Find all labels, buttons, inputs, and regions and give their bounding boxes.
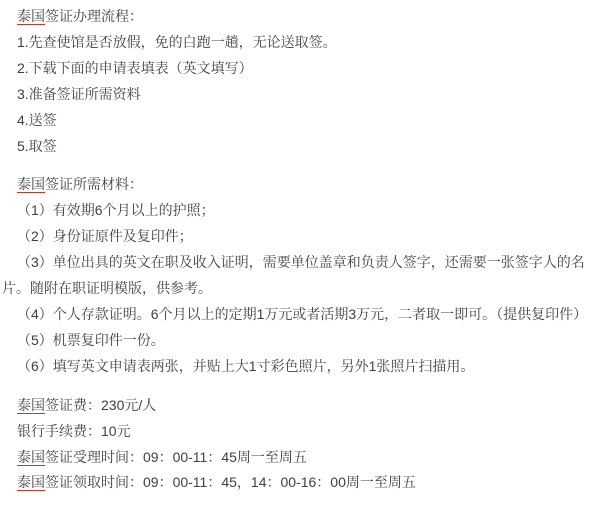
material-item: （4）个人存款证明。6个月以上的定期1万元或者活期3万元，二者取一即可。（提供复… [2,302,596,328]
fee-line-text: 银行手续费：10元 [17,423,131,439]
underlined-word: 泰国 [17,449,45,466]
process-step: 5.取签 [2,134,596,160]
underlined-word: 泰国 [17,397,45,414]
process-title-text: 签证办理流程： [45,8,143,24]
section-materials: 泰国签证所需材料： （1）有效期6个月以上的护照； （2）身份证原件及复印件； … [2,172,596,379]
section-fees: 泰国签证费：230元/人 银行手续费：10元 泰国签证受理时间：09：00-11… [2,393,596,497]
material-item: （5）机票复印件一份。 [2,328,596,354]
process-step: 3.准备签证所需资料 [2,82,596,108]
visa-info-document: 泰国签证办理流程： 1.先查使馆是否放假，免的白跑一趟，无论送取签。 2.下载下… [0,0,600,506]
fee-line-pickup-hours: 泰国签证领取时间：09：00-11：45，14：00-16：00周一至周五 [2,470,596,496]
process-step: 4.送签 [2,108,596,134]
fee-line-text: 签证受理时间：09：00-11：45周一至周五 [45,449,307,465]
underlined-word: 泰国 [17,8,45,25]
fee-line-accept-hours: 泰国签证受理时间：09：00-11：45周一至周五 [2,445,596,471]
material-item: （2）身份证原件及复印件； [2,224,596,250]
fee-line-text: 签证费：230元/人 [45,397,156,413]
materials-title-text: 签证所需材料： [45,176,143,192]
process-step: 2.下载下面的申请表填表（英文填写） [2,56,596,82]
process-title: 泰国签证办理流程： [2,4,596,30]
process-step: 1.先查使馆是否放假，免的白跑一趟，无论送取签。 [2,30,596,56]
material-item: （1）有效期6个月以上的护照； [2,198,596,224]
fee-line-bank-fee: 银行手续费：10元 [2,419,596,445]
section-spacer [2,380,596,393]
underlined-word: 泰国 [17,176,45,193]
materials-title: 泰国签证所需材料： [2,172,596,198]
section-process: 泰国签证办理流程： 1.先查使馆是否放假，免的白跑一趟，无论送取签。 2.下载下… [2,4,596,159]
material-item: （3）单位出具的英文在职及收入证明，需要单位盖章和负责人签字，还需要一张签字人的… [2,250,596,302]
underlined-word: 泰国 [17,474,45,491]
fee-line-text: 签证领取时间：09：00-11：45，14：00-16：00周一至周五 [45,474,416,490]
section-spacer [2,159,596,172]
material-item: （6）填写英文申请表两张，并贴上大1寸彩色照片，另外1张照片扫描用。 [2,354,596,380]
fee-line-visa-fee: 泰国签证费：230元/人 [2,393,596,419]
